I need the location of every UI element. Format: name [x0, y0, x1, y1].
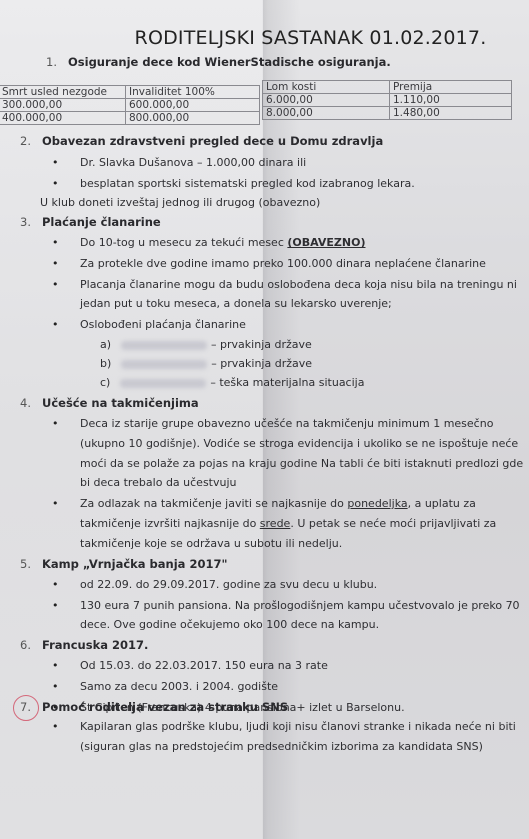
table-row: Lom kosti Premija: [263, 81, 512, 94]
table-row: 8.000,00 1.480,00: [263, 107, 512, 120]
list-item-continuation: takmičenje izvršiti najkasnije do srede.…: [80, 517, 496, 530]
list-item: Dr. Slavka Dušanova – 1.000,00 dinara il…: [80, 156, 306, 169]
list-item-continuation: jedan put u toku meseca, a donela su lek…: [80, 297, 392, 310]
list-item: Za protekle dve godine imamo preko 100.0…: [80, 257, 486, 270]
list-item: Placanja članarine mogu da budu oslobođe…: [80, 278, 517, 291]
section-1-heading: 1.Osiguranje dece kod WienerStadische os…: [46, 55, 391, 69]
list-item-continuation: takmičenje koje se održava u subotu ili …: [80, 537, 342, 550]
document: RODITELJSKI SASTANAK 01.02.2017. 1.Osigu…: [0, 0, 529, 839]
list-item-continuation: moći da se polaže za pojas na kraju godi…: [80, 457, 523, 470]
list-item: Samo za decu 2003. i 2004. godište: [80, 680, 278, 693]
section-3-heading: 3.Plaćanje članarine: [20, 215, 161, 229]
insurance-table-right: Lom kosti Premija 6.000,00 1.110,00 8.00…: [262, 80, 512, 120]
table-row: Smrt usled nezgode Invaliditet 100%: [0, 86, 260, 99]
section-5-heading: 5.Kamp „Vrnjačka banja 2017": [20, 557, 227, 571]
section-7-heading: 7.Pomoć roditelja vezan za stranku SNS: [20, 700, 288, 714]
redacted-name: [121, 341, 207, 350]
list-item: Kapilaran glas podrške klubu, ljudi koji…: [80, 720, 516, 733]
section-6-heading: 6.Francuska 2017.: [20, 638, 148, 652]
section-2-note: U klub doneti izveštaj jednog ili drugog…: [40, 196, 320, 209]
section-2-heading: 2.Obavezan zdravstveni pregled dece u Do…: [20, 134, 383, 148]
list-item: Oslobođeni plaćanja članarine: [80, 318, 246, 331]
list-item-continuation: (siguran glas na predstojećim predsednič…: [80, 740, 483, 753]
insurance-table-left: Smrt usled nezgode Invaliditet 100% 300.…: [0, 85, 260, 125]
list-item: besplatan sportski sistematski pregled k…: [80, 177, 415, 190]
list-item: Do 10-tog u mesecu za tekući mesec (OBAV…: [80, 236, 366, 249]
list-item: Za odlazak na takmičenje javiti se najka…: [80, 497, 476, 510]
exempt-item-b: b)– prvakinja države: [100, 357, 312, 370]
exempt-item-c: c)– teška materijalna situacija: [100, 376, 364, 389]
table-row: 6.000,00 1.110,00: [263, 94, 512, 107]
section-4-heading: 4.Učešće na takmičenjima: [20, 396, 199, 410]
list-item: 130 eura 7 punih pansiona. Na prošlogodi…: [80, 599, 520, 612]
list-item: od 22.09. do 29.09.2017. godine za svu d…: [80, 578, 377, 591]
redacted-name: [121, 360, 207, 369]
table-row: 400.000,00 800.000,00: [0, 112, 260, 125]
exempt-item-a: a)– prvakinja države: [100, 338, 312, 351]
list-item-continuation: bi deca trebalo da učestvuju: [80, 476, 237, 489]
list-item-continuation: dece. Ove godine očekujemo oko 100 dece …: [80, 618, 379, 631]
redacted-name: [120, 379, 206, 388]
list-item-continuation: (ukupno 10 godišnje). Vodiće se stroga e…: [80, 437, 518, 450]
list-item: Od 15.03. do 22.03.2017. 150 eura na 3 r…: [80, 659, 328, 672]
table-row: 300.000,00 600.000,00: [0, 99, 260, 112]
list-item: Deca iz starije grupe obavezno učešće na…: [80, 417, 493, 430]
page-title: RODITELJSKI SASTANAK 01.02.2017.: [46, 27, 529, 49]
